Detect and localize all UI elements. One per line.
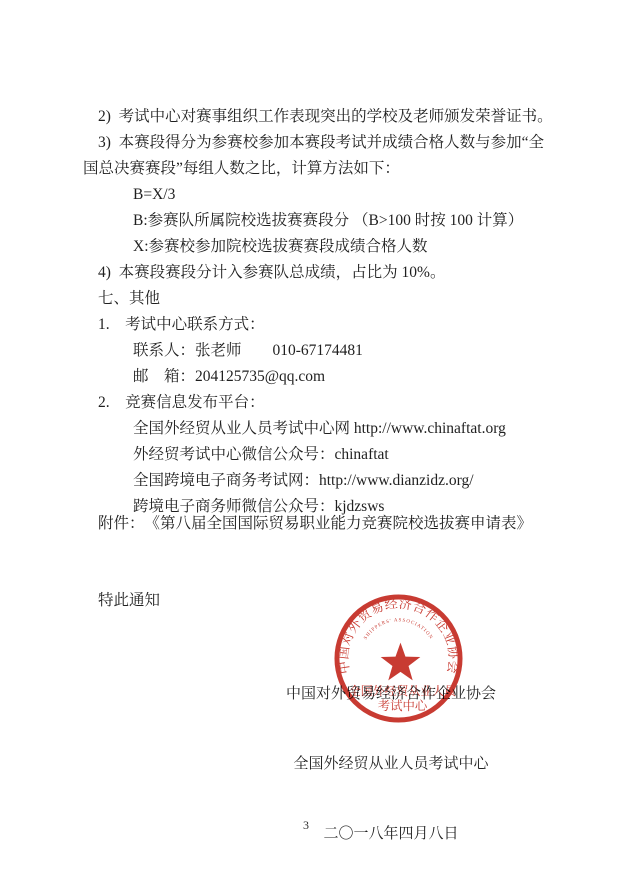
doc-line-formula: B=X/3 — [133, 182, 553, 208]
doc-line: 3) 本赛段得分为参赛校参加本赛段考试并成绩合格人数与参加“全 — [98, 130, 553, 156]
official-seal: 中国对外贸易经济合作企业协会 SHIPPERS' ASSOCIATION 全国外… — [332, 592, 465, 725]
doc-line: 2. 竞赛信息发布平台： — [98, 390, 553, 416]
svg-text:SHIPPERS' ASSOCIATION: SHIPPERS' ASSOCIATION — [364, 618, 434, 641]
doc-line: 4) 本赛段赛段分计入参赛队总成绩，占比为 10%。 — [98, 260, 553, 286]
doc-line-website: 全国跨境电子商务考试网：http://www.dianzidz.org/ — [133, 468, 553, 494]
doc-line-formula: B:参赛队所属院校选拔赛赛段分 （B>100 时按 100 计算） — [133, 208, 553, 234]
seal-inner-text-1: 全国外经贸从业人员 — [349, 684, 457, 698]
seal-star-icon — [381, 643, 421, 681]
doc-line-formula: X:参赛校参加院校选拔赛赛段成绩合格人数 — [133, 234, 553, 260]
doc-line-website: 全国外经贸从业人员考试中心网 http://www.chinaftat.org — [133, 416, 553, 442]
page-number: 3 — [288, 818, 324, 833]
doc-line-contact: 联系人：张老师 010-67174481 — [133, 338, 553, 364]
document-body: 2) 考试中心对赛事组织工作表现突出的学校及老师颁发荣誉证书。 3) 本赛段得分… — [83, 104, 553, 520]
doc-line-email: 邮 箱：204125735@qq.com — [133, 364, 553, 390]
attachment-line: 附件： 《第八届全国国际贸易职业能力竞赛院校选拔赛申请表》 — [98, 511, 532, 537]
document-page: 2) 考试中心对赛事组织工作表现突出的学校及老师颁发荣誉证书。 3) 本赛段得分… — [0, 0, 626, 886]
doc-section-heading: 七、其他 — [98, 286, 553, 312]
doc-line: 国总决赛赛段”每组人数之比，计算方法如下： — [83, 156, 553, 182]
doc-line-wechat: 外经贸考试中心微信公众号：chinaftat — [133, 442, 553, 468]
doc-line: 2) 考试中心对赛事组织工作表现突出的学校及老师颁发荣誉证书。 — [98, 104, 553, 130]
seal-inner-text-2: 考试中心 — [378, 698, 428, 713]
doc-line: 1. 考试中心联系方式： — [98, 312, 553, 338]
signature-org-2: 全国外经贸从业人员考试中心 — [284, 753, 498, 776]
seal-ring-text-en: SHIPPERS' ASSOCIATION — [364, 618, 434, 641]
closing-line: 特此通知 — [98, 588, 160, 614]
